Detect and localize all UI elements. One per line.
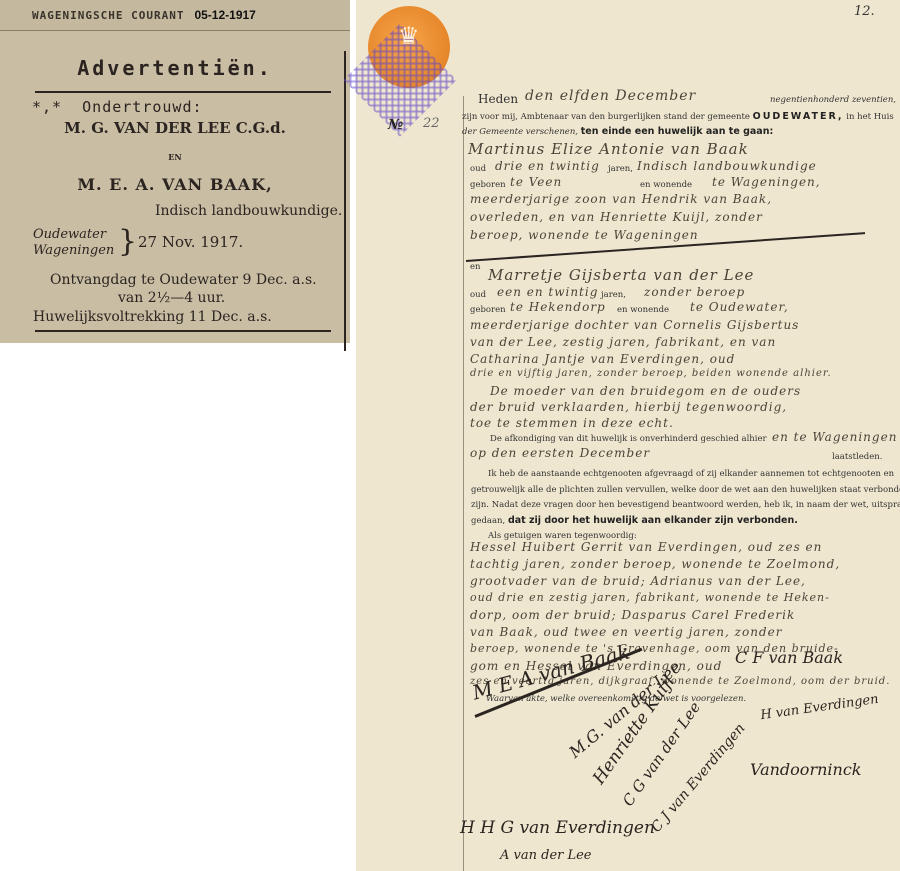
places: Oudewater Wageningen [33,227,114,259]
proclamation-place: en te Wageningen [772,430,897,444]
announcement-date: 27 Nov. 1917. [138,233,243,251]
declaration-line-2: getrouwelijk alle de plichten zullen ver… [471,485,900,495]
bride-residence: te Oudewater, [690,300,789,314]
reception-line-2: van 2½—4 uur. [118,290,225,306]
groom-detail-2: overleden, en van Henriette Kuijl, zonde… [470,210,763,224]
bride-occupation: zonder beroep [644,285,745,299]
asterisks: *,* [32,98,62,116]
witness-line-2: tachtig jaren, zonder beroep, wonende te… [470,557,840,571]
bottom-rule [35,330,331,332]
declaration-line-1: Ik heb de aanstaande echtgenooten afgevr… [488,469,894,479]
heden-value: den elfden December [525,88,696,104]
declaration-line-4a: gedaan, [471,516,505,526]
party1-name: M. G. VAN DER LEE C.G.d. [0,119,350,137]
heden-label: Heden [478,92,518,106]
proclamation-text: De afkondiging van dit huwelijk is onver… [490,434,767,444]
groom-occupation: Indisch landbouwkundige [637,159,817,173]
intro-line-3a: der Gemeente verschenen, [462,127,578,137]
intro-line-3b: ten einde een huwelijk aan te gaan: [581,126,774,137]
witness-line-3: grootvader van de bruid; Adrianus van de… [470,574,806,588]
section-title: Advertentiën. [0,56,350,80]
declaration-line-3: zijn. Nadat deze vragen door hen bevesti… [471,500,900,510]
party2-profession: Indisch landbouwkundige. [155,203,342,219]
bride-years-label: jaren, [601,290,626,300]
groom-detail-3: beroep, wonende te Wageningen [470,228,699,242]
bride-detail-1: meerderjarige dochter van Cornelis Gijsb… [470,318,799,332]
clipping-header: WAGENINGSCHE COURANT 05-12-1917 [0,0,350,31]
bride-label: en [470,262,481,272]
bride-age-label: oud [470,290,486,300]
groom-residence: te Wageningen, [712,175,821,189]
intro-text-end: in het Huis [846,112,894,122]
groom-age-label: oud [470,164,486,174]
year-text: negentienhonderd zeventien, [770,95,896,105]
proclamation-end: laatstleden. [832,452,882,462]
bride-name: Marretje Gijsberta van der Lee [488,266,754,284]
witness-line-4: oud drie en zestig jaren, fabrikant, won… [470,591,830,604]
bride-detail-3: Catharina Jantje van Everdingen, oud [470,352,735,366]
page-number: 12. [854,4,875,19]
groom-living-label: en wonende [640,180,692,190]
bride-detail-2: van der Lee, zestig jaren, fabrikant, en… [470,335,776,349]
wedding-line: Huwelijksvoltrekking 11 Dec. a.s. [33,309,272,325]
declaration-line-4b: dat zij door het huwelijk aan elkander z… [508,515,798,526]
bride-detail-5: De moeder van den bruidegom en de ouders [490,384,801,398]
intro-line-2: zijn voor mij, Ambtenaar van den burgerl… [462,111,894,122]
signature-registrar: Vandoorninck [750,760,861,779]
signature-uncle: A van der Lee [500,848,592,863]
declaration-line-4: gedaan, dat zij door het huwelijk aan el… [471,515,798,526]
bride-detail-4: drie en vijftig jaren, zonder beroep, be… [470,368,832,379]
newspaper-clipping: WAGENINGSCHE COURANT 05-12-1917 Adverten… [0,0,350,343]
place-1: Oudewater [33,227,114,243]
bride-detail-6: der bruid verklaarden, hierbij tegenwoor… [470,400,787,414]
signature-witness-baak: C F van Baak [735,648,843,667]
municipality: OUDEWATER, [753,111,844,122]
place-2: Wageningen [33,243,114,259]
intro-line-3: der Gemeente verschenen, ten einde een h… [462,126,773,137]
groom-years-label: jaren, [608,164,633,174]
announcement-label: Ondertrouwd: [82,98,202,116]
brace-icon: } [118,227,137,257]
advertisement: Advertentiën. *,* Ondertrouwd: M. G. VAN… [0,31,350,343]
coat-of-arms-icon: ♛ [398,22,420,50]
margin-line [463,96,464,871]
column-divider [344,51,346,351]
bride-born-label: geboren [470,305,506,315]
signature-grandfather: H H G van Everdingen [460,818,655,838]
record-number: 22 [423,116,440,131]
reception-line-1: Ontvangdag te Oudewater 9 Dec. a.s. [50,272,317,288]
bride-age: een en twintig [497,285,598,299]
witness-line-6: van Baak, oud twee en veertig jaren, zon… [470,625,782,639]
proclamation-date: op den eersten December [470,446,650,460]
newspaper-date: 05-12-1917 [194,8,255,22]
intro-text: zijn voor mij, Ambtenaar van den burgerl… [462,112,750,122]
conjunction: EN [0,152,350,162]
witness-line-5: dorp, oom der bruid; Dasparus Carel Fred… [470,608,795,622]
groom-born-label: geboren [470,180,506,190]
groom-name: Martinus Elize Antonie van Baak [468,140,749,158]
record-number-label: № [388,117,403,133]
groom-age: drie en twintig [495,159,600,173]
groom-birthplace: te Veen [510,175,562,189]
newspaper-name: WAGENINGSCHE COURANT [32,9,184,22]
bride-birthplace: te Hekendorp [510,300,606,314]
title-rule [35,91,331,93]
groom-detail-1: meerderjarige zoon van Hendrik van Baak, [470,192,772,206]
bride-living-label: en wonende [617,305,669,315]
announcement-type: *,* Ondertrouwd: [32,98,203,116]
party2-name: M. E. A. VAN BAAK, [0,175,350,194]
bride-detail-7: toe te stemmen in deze echt. [470,416,674,430]
witness-line-1: Hessel Huibert Gerrit van Everdingen, ou… [470,540,822,554]
